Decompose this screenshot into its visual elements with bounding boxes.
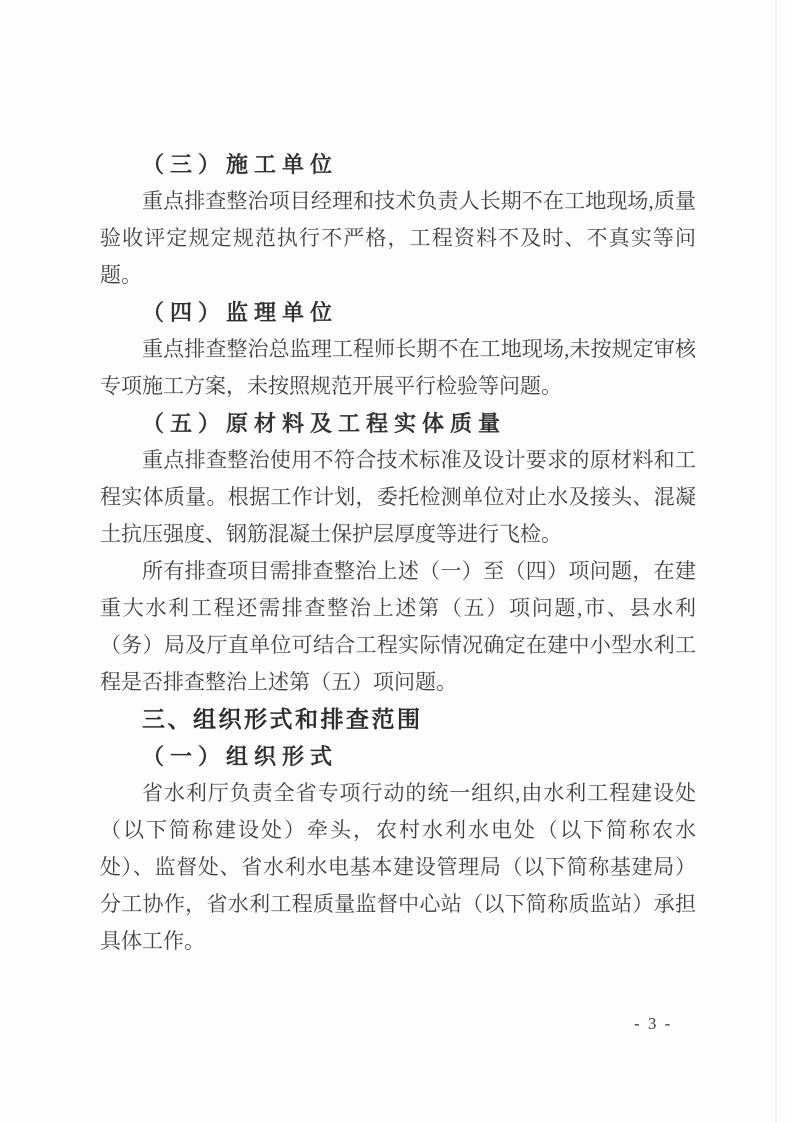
heading-section-4-supervision-unit: （四）监理单位 [100, 294, 696, 331]
paragraph-inspection-scope-note: 所有排查项目需排查整治上述（一）至（四）项问题，在建重大水利工程还需排查整治上述… [100, 553, 696, 701]
heading-section-3-construction-unit: （三）施工单位 [100, 146, 696, 183]
paragraph-supervision-unit-issues: 重点排查整治总监理工程师长期不在工地现场,未按规定审核专项施工方案，未按照规范开… [100, 331, 696, 405]
paragraph-organization-form: 省水利厅负责全省专项行动的统一组织,由水利工程建设处（以下简称建设处）牵头，农村… [100, 775, 696, 960]
document-body: （三）施工单位 重点排查整治项目经理和技术负责人长期不在工地现场,质量验收评定规… [100, 146, 696, 960]
heading-section-5-materials-quality: （五）原材料及工程实体质量 [100, 405, 696, 442]
heading-part-3-organization-scope: 三、组织形式和排查范围 [100, 701, 696, 738]
heading-section-1-organization-form: （一）组织形式 [100, 738, 696, 775]
page-number: - 3 - [634, 1014, 672, 1034]
document-page: （三）施工单位 重点排查整治项目经理和技术负责人长期不在工地现场,质量验收评定规… [0, 0, 793, 1122]
paragraph-construction-unit-issues: 重点排查整治项目经理和技术负责人长期不在工地现场,质量验收评定规定规范执行不严格… [100, 183, 696, 294]
paragraph-materials-quality-issues: 重点排查整治使用不符合技术标准及设计要求的原材料和工程实体质量。根据工作计划，委… [100, 442, 696, 553]
scan-artifact-line [775, 0, 777, 1122]
